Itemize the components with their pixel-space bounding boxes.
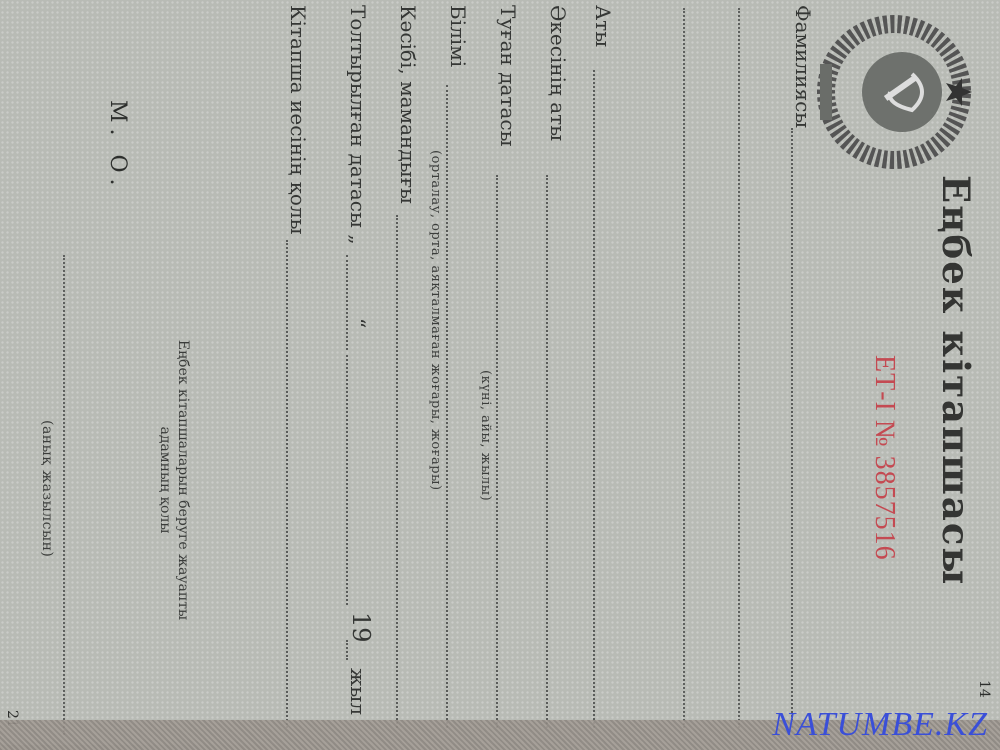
field-label: Толтырылған датасы	[346, 5, 370, 228]
page-number: 14	[976, 680, 992, 698]
birth-date-line	[496, 175, 498, 728]
field-label: Кітапша иесінің қолы	[286, 5, 310, 235]
serial-number: ЕТ-І № 3857516	[868, 355, 900, 561]
quote-close: “	[346, 318, 370, 328]
fill-date-year-suffix: жыл	[346, 668, 370, 715]
field-birth-date[interactable]: Туған датасы	[496, 5, 520, 147]
profession-line	[396, 215, 398, 728]
surname-line-3	[683, 8, 685, 728]
field-label: Кәсібі, мамандығы	[396, 5, 420, 204]
field-patronymic[interactable]: Әкесінің аты	[546, 5, 570, 141]
name-caption: (анық жазылсын)	[39, 420, 55, 557]
field-fill-date[interactable]: Толтырылған датасы „	[346, 5, 370, 245]
number-sign: №	[869, 420, 900, 448]
issuer-name-line	[63, 255, 65, 735]
education-hint: (орталау, орта, аяқталмаған жоғары, жоға…	[428, 150, 443, 491]
holder-signature-line	[286, 240, 288, 728]
watermark: NATUMBE.KZ	[772, 706, 988, 744]
serial-series: ЕТ-І	[869, 355, 900, 412]
field-education[interactable]: Білімі	[446, 5, 470, 67]
field-label: Аты	[591, 5, 615, 47]
field-label: Туған датасы	[496, 5, 520, 147]
fill-date-century: 19	[347, 612, 375, 643]
fill-date-year-line	[346, 640, 348, 660]
field-profession[interactable]: Кәсібі, мамандығы	[396, 5, 420, 204]
field-label: Фамилиясы	[791, 5, 815, 128]
fill-date-month-line	[346, 355, 348, 605]
education-line	[446, 85, 448, 728]
field-first-name[interactable]: Аты	[591, 5, 615, 47]
stamp-placeholder: М. О.	[105, 100, 130, 192]
work-book-page: Еңбек кітапшасы ЕТ-І № 3857516 Фамилиясы…	[0, 0, 1000, 745]
field-label: Білімі	[446, 5, 470, 67]
field-label: Әкесінің аты	[546, 5, 570, 141]
surname-line-2	[738, 8, 740, 728]
serial-digits: 3857516	[869, 456, 900, 561]
quote-open: „	[346, 234, 370, 244]
document-title: Еңбек кітапшасы	[934, 175, 978, 586]
birth-date-hint: (күні, айы, жылы)	[478, 370, 493, 501]
fill-date-day-line	[346, 255, 348, 350]
patronymic-line	[546, 175, 548, 728]
first-name-line	[593, 70, 595, 728]
ussr-emblem-icon	[817, 4, 982, 179]
surname-line	[791, 128, 793, 728]
issuer-signature-caption: Еңбек кітапшаларын беруге жауапты адамны…	[156, 330, 192, 630]
field-holder-signature[interactable]: Кітапша иесінің қолы	[286, 5, 310, 235]
field-surname[interactable]: Фамилиясы	[791, 5, 815, 128]
